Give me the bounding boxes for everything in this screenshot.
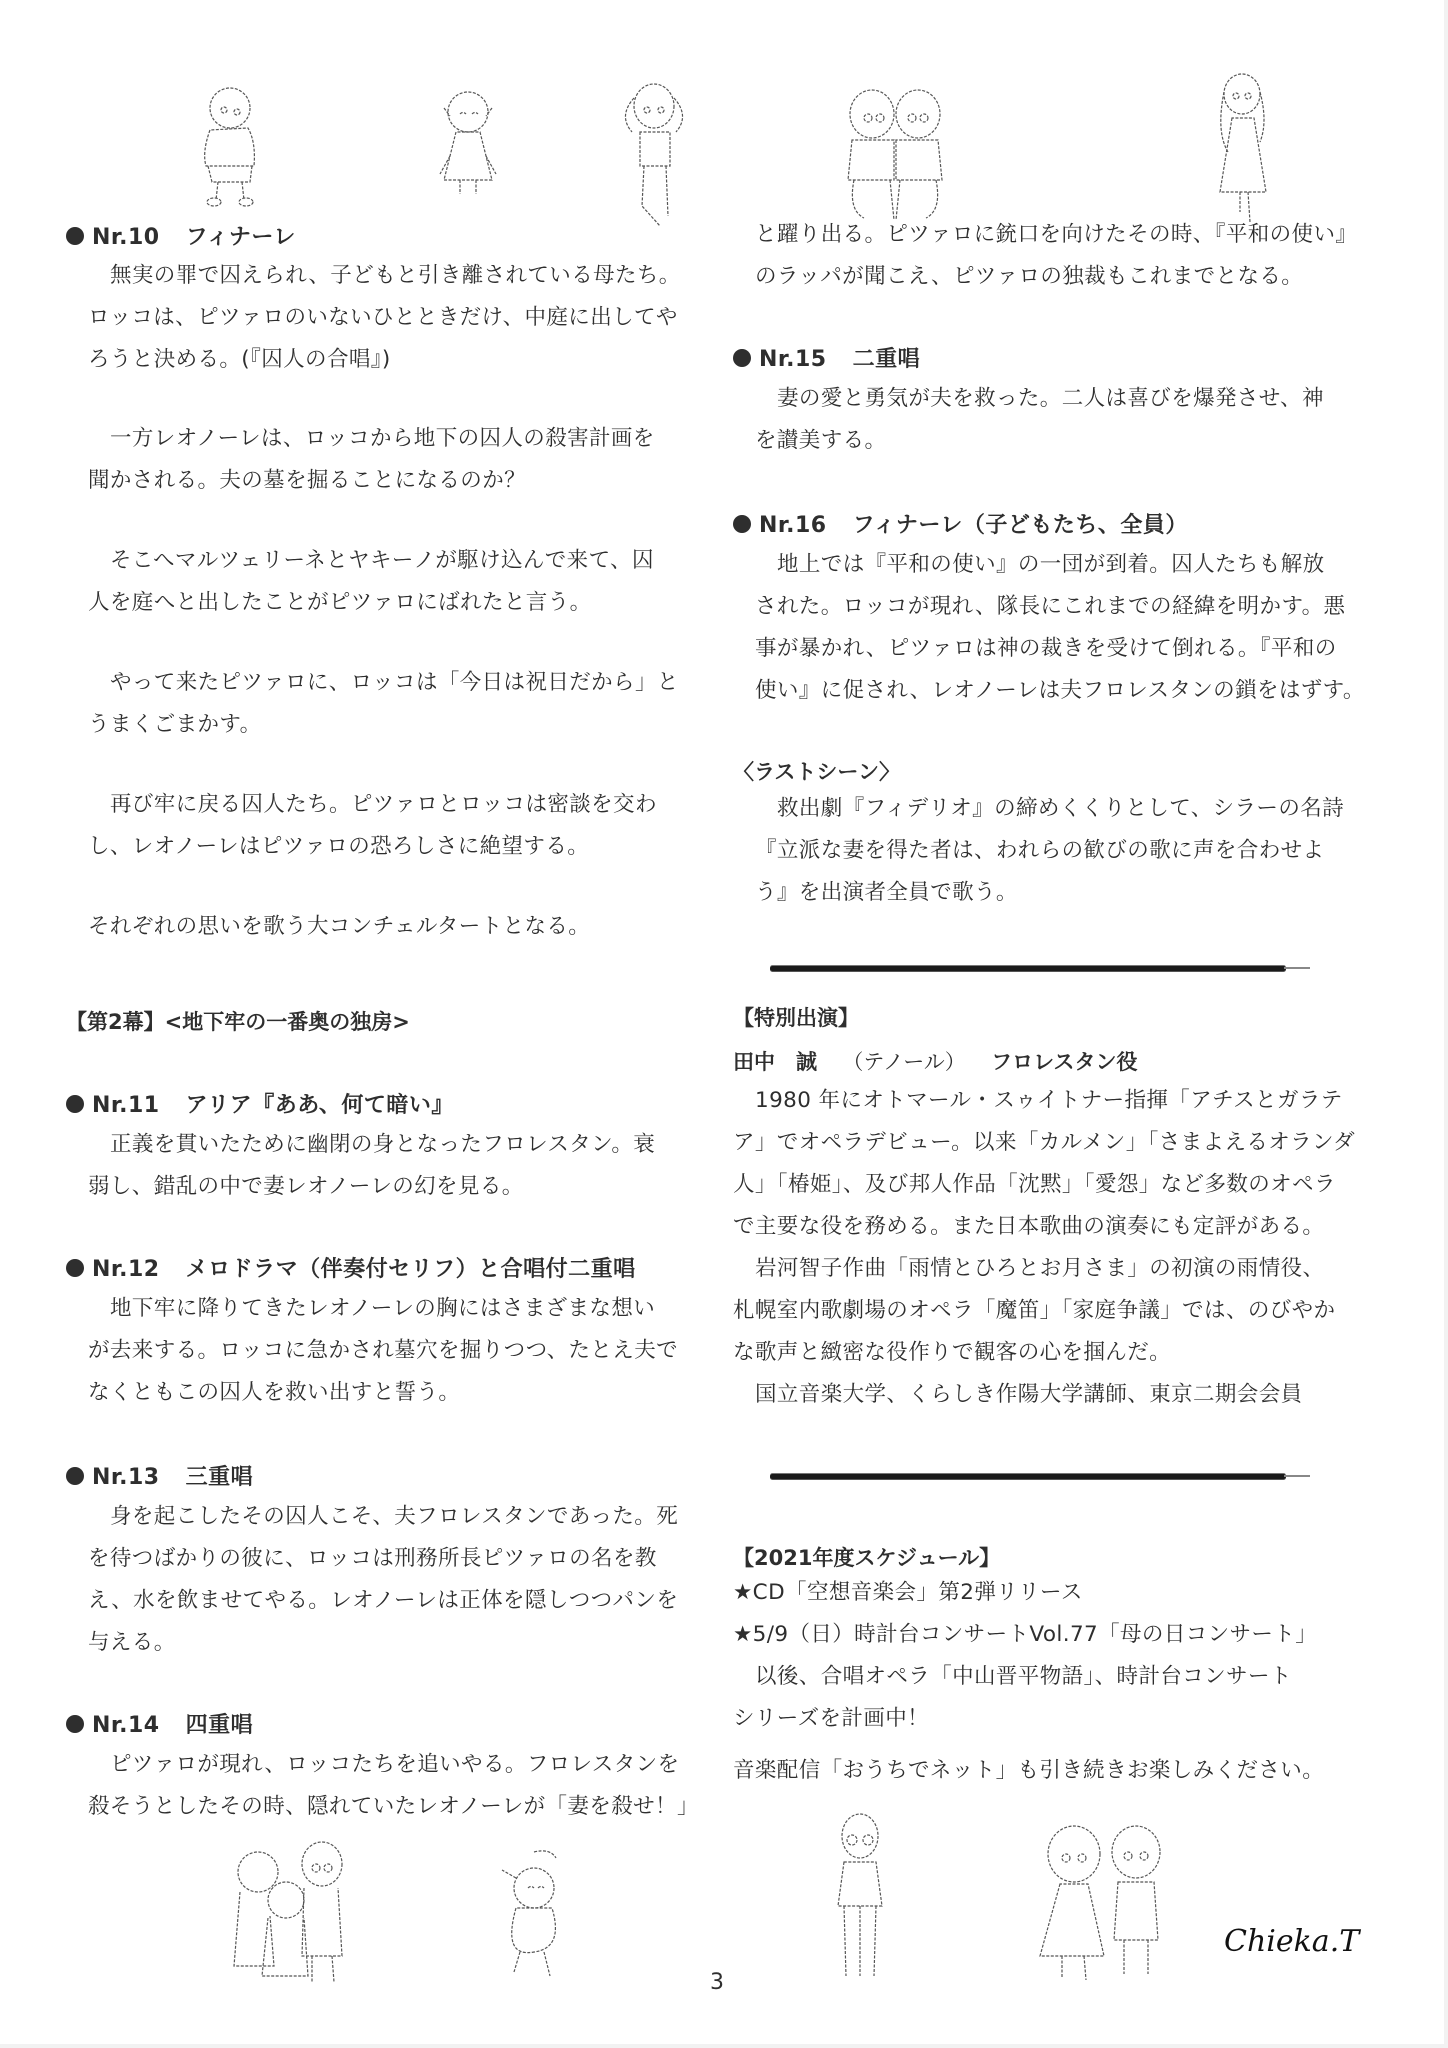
nr10-para4-line2: うまくごまかす。: [88, 704, 261, 746]
boy-hands-on-head-illustration: [612, 76, 696, 236]
performer-name: 田中 誠: [733, 1050, 817, 1074]
brush-divider-2: [770, 1474, 1286, 1479]
nr15-line2: を讃美する。: [755, 420, 886, 462]
nr12-heading: Nr.12メロドラマ（伴奏付セリフ）と合唱付二重唱: [66, 1252, 636, 1283]
nr15-heading: Nr.15二重唱: [733, 342, 920, 373]
nr10-para2-line1: 一方レオノーレは、ロッコから地下の囚人の殺害計画を: [88, 418, 655, 460]
bullet-icon: [66, 1095, 84, 1113]
nr14-line2: 殺そうとしたその時、隠れていたレオノーレが「妻を殺せ！」: [88, 1786, 699, 1828]
nr15-line1: 妻の愛と勇気が夫を救った。二人は喜びを爆発させ、神: [755, 378, 1324, 420]
nr12-line1: 地下牢に降りてきたレオノーレの胸にはさまざまな想い: [88, 1288, 655, 1330]
bio-line8: 国立音楽大学、くらしき作陽大学講師、東京二期会会員: [733, 1374, 1303, 1416]
bio-line6: 札幌室内歌劇場のオペラ「魔笛」「家庭争議」では、のびやか: [733, 1290, 1335, 1332]
girl-and-boy-illustration: [1030, 1810, 1182, 1986]
nr12-line3: なくともこの囚人を救い出すと誓う。: [88, 1372, 460, 1414]
man-with-glasses-illustration: [830, 1806, 890, 1984]
nr10-para2-line2: 聞かされる。夫の墓を掘ることになるのか？: [88, 460, 526, 502]
nr10-para4-line1: やって来たピツァロに、ロッコは「今日は祝日だから」と: [88, 662, 679, 704]
page-number: 3: [710, 1970, 724, 1995]
schedule-line2: ★5/9（日）時計台コンサートVol.77「母の日コンサート」: [733, 1614, 1317, 1656]
bio-line7: な歌声と緻密な役作りで観客の心を掴んだ。: [733, 1332, 1171, 1374]
nr10-para3-line2: 人を庭へと出したことがピツァロにばれたと言う。: [88, 582, 592, 624]
nr14-cont-line1: と躍り出る。ピツァロに銃口を向けたその時、『平和の使い』: [755, 214, 1357, 256]
nr16-line2: された。ロッコが現れ、隊長にこれまでの経緯を明かす。悪: [755, 586, 1345, 628]
nr10-para3-line1: そこへマルツェリーネとヤキーノが駆け込んで来て、囚: [88, 540, 654, 582]
nr10-para5-line1: 再び牢に戻る囚人たち。ピツァロとロッコは密談を交わ: [88, 784, 657, 826]
nr16-line4: 使い』に促され、レオノーレは夫フロレスタンの鎖をはずす。: [755, 670, 1365, 712]
nr14-line1: ピツァロが現れ、ロッコたちを追いやる。フロレスタンを: [88, 1744, 679, 1786]
bullet-icon: [66, 1259, 84, 1277]
nr11-line1: 正義を貫いたために幽閉の身となったフロレスタン。衰: [88, 1124, 655, 1166]
bullet-icon: [66, 227, 84, 245]
girl-long-hair-illustration: [1210, 62, 1274, 230]
document-page: Nr.10フィナーレ 無実の罪で囚えられ、子どもと引き離されている母たち。 ロッ…: [0, 0, 1444, 2044]
performer-voice: （テノール）: [842, 1050, 965, 1074]
girl-smiling-illustration: [430, 86, 506, 204]
bio-line3: 人」「椿姫」、及び邦人作品「沈黙」「愛怨」など多数のオペラ: [733, 1164, 1336, 1206]
nr16-line3: 事が暴かれ、ピツァロは神の裁きを受けて倒れる。『平和の: [755, 628, 1337, 670]
act2-title: 【第2幕】<地下牢の一番奥の独房>: [66, 1006, 410, 1036]
two-boys-illustration: [838, 80, 952, 228]
nr13-line2: を待つばかりの彼に、ロッコは刑務所長ピツァロの名を教: [88, 1538, 657, 1580]
bullet-icon: [66, 1715, 84, 1733]
schedule-line3: 以後、合唱オペラ「中山晋平物語」、時計台コンサート: [733, 1656, 1292, 1698]
artist-signature: Chieka.T: [1224, 1924, 1359, 1959]
last-scene-line2: 『立派な妻を得た者は、われらの歓びの歌に声を合わせよ: [755, 830, 1324, 872]
nr10-para1-line2: ロッコは、ピツァロのいないひとときだけ、中庭に出してや: [88, 297, 678, 339]
performer-role: フロレスタン役: [991, 1050, 1137, 1074]
schedule-title: 【2021年度スケジュール】: [733, 1542, 1000, 1572]
nr10-para1-line3: ろうと決める。(『囚人の合唱』): [88, 339, 391, 381]
schedule-line1: ★CD「空想音楽会」第2弾リリース: [733, 1572, 1083, 1614]
schedule-line4: シリーズを計画中！: [733, 1698, 929, 1740]
bio-line2: ア」でオペラデビュー。以来「カルメン」「さまよえるオランダ: [733, 1122, 1355, 1164]
nr14-heading: Nr.14四重唱: [66, 1708, 253, 1739]
family-group-illustration: [218, 1836, 368, 1986]
nr12-line2: が去来する。ロッコに急かされ墓穴を掘りつつ、たとえ夫で: [88, 1330, 678, 1372]
girl-dancing-illustration: [494, 1848, 574, 1980]
nr14-cont-line2: のラッパが聞こえ、ピツァロの独裁もこれまでとなる。: [755, 256, 1303, 298]
nr10-para1-line1: 無実の罪で囚えられ、子どもと引き離されている母たち。: [88, 255, 681, 297]
bullet-icon: [733, 349, 751, 367]
last-scene-line3: う』を出演者全員で歌う。: [755, 872, 1018, 914]
special-title: 【特別出演】: [733, 1002, 859, 1032]
performer-line: 田中 誠 （テノール） フロレスタン役: [733, 1046, 1137, 1076]
bullet-icon: [66, 1467, 84, 1485]
boy-bowing-illustration: [190, 82, 270, 210]
nr16-line1: 地上では『平和の使い』の一団が到着。囚人たちも解放: [755, 544, 1325, 586]
last-scene-line1: 救出劇『フィデリオ』の締めくくりとして、シラーの名詩: [755, 788, 1344, 830]
bio-line4: で主要な役を務める。また日本歌曲の演奏にも定評がある。: [733, 1206, 1324, 1248]
nr11-heading: Nr.11アリア『ああ、何て暗い』: [66, 1088, 454, 1119]
nr11-line2: 弱し、錯乱の中で妻レオノーレの幻を見る。: [88, 1166, 524, 1208]
nr13-line4: 与える。: [88, 1622, 176, 1664]
bio-line1: 1980 年にオトマール・スゥイトナー指揮「アチスとガラテ: [733, 1080, 1343, 1122]
nr16-heading: Nr.16フィナーレ（子どもたち、全員）: [733, 508, 1188, 539]
nr13-line3: え、水を飲ませてやる。レオノーレは正体を隠しつつパンを: [88, 1580, 678, 1622]
nr13-heading: Nr.13三重唱: [66, 1460, 253, 1491]
bio-line5: 岩河智子作曲「雨情とひろとお月さま」の初演の雨情役、: [733, 1248, 1324, 1290]
nr10-para5-line2: し、レオノーレはピツァロの恐ろしさに絶望する。: [88, 826, 589, 868]
brush-divider-1: [770, 966, 1286, 971]
last-scene-title: 〈ラストシーン〉: [733, 756, 900, 786]
nr10-para6-line1: それぞれの思いを歌う大コンチェルタートとなる。: [88, 906, 590, 948]
schedule-footer: 音楽配信「おうちでネット」も引き続きお楽しみください。: [733, 1750, 1324, 1792]
bullet-icon: [733, 515, 751, 533]
nr10-heading: Nr.10フィナーレ: [66, 220, 296, 251]
nr13-line1: 身を起こしたその囚人こそ、夫フロレスタンであった。死: [88, 1496, 678, 1538]
